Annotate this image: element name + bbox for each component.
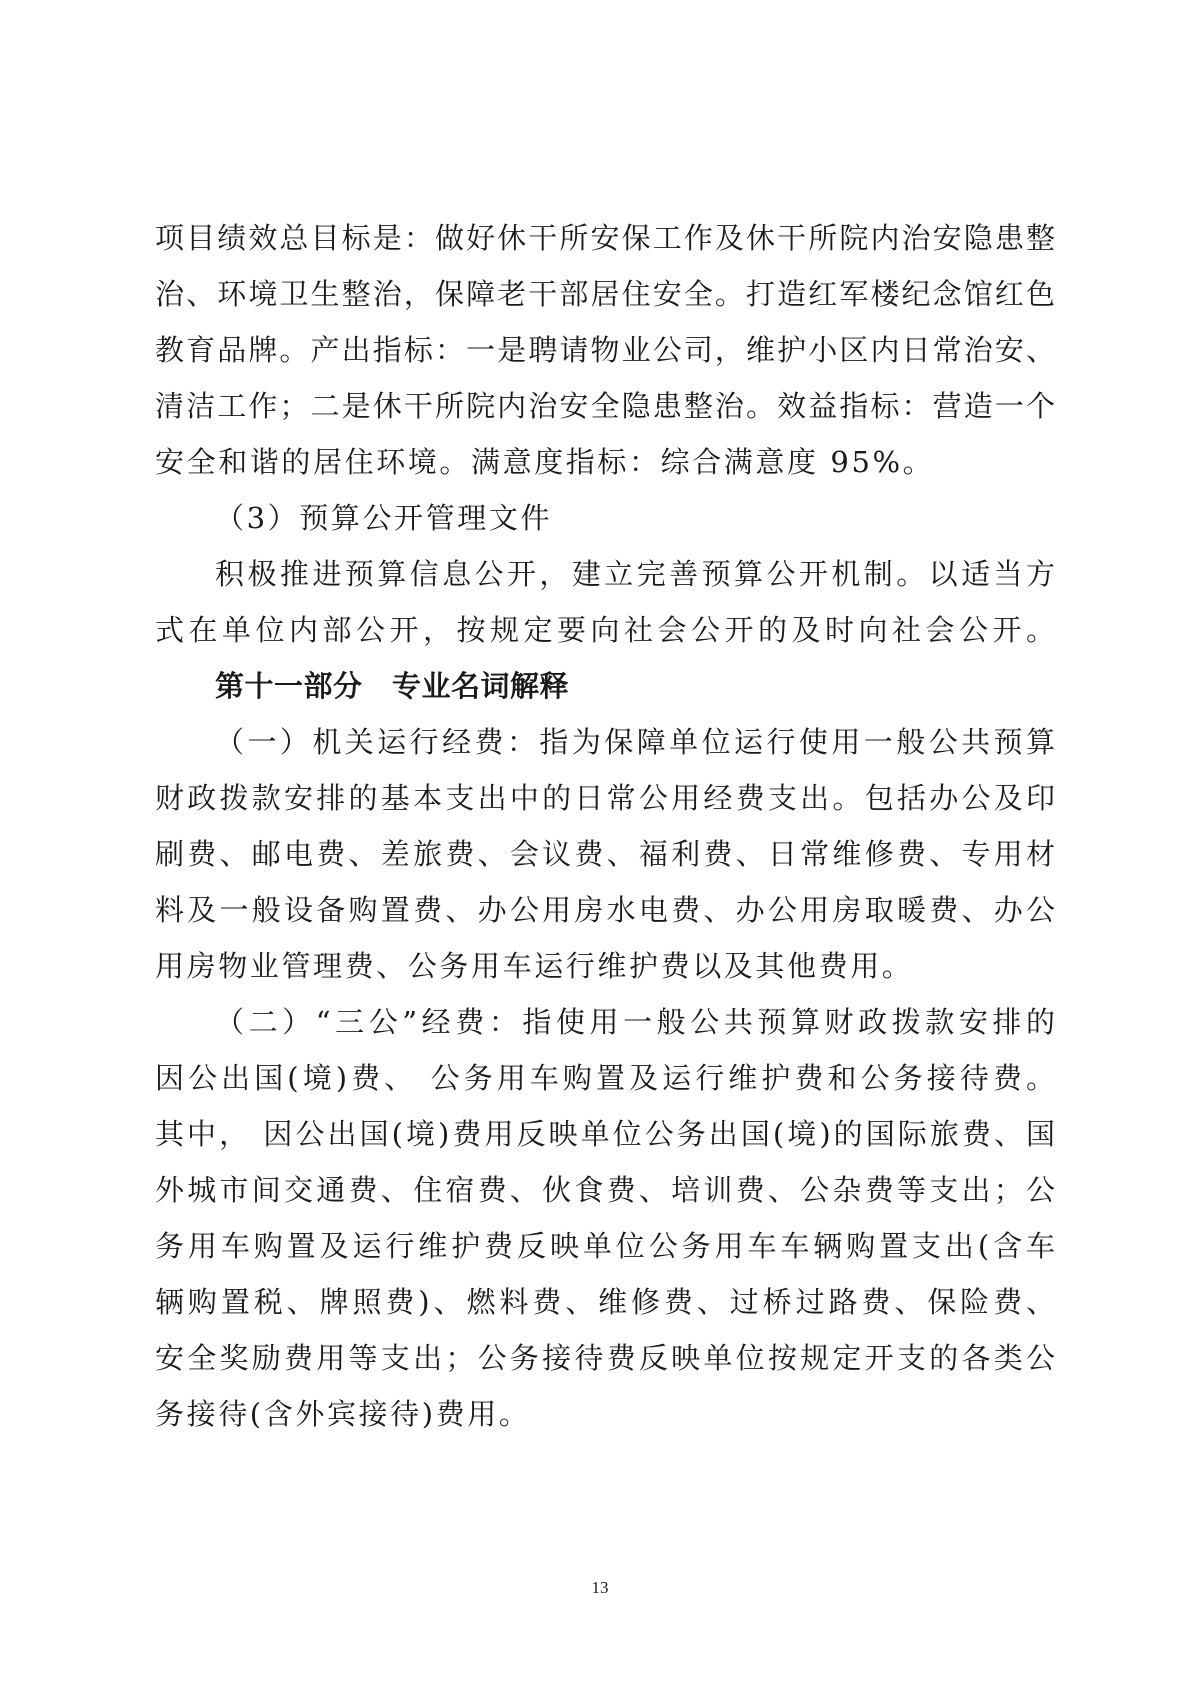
paragraph-line: 教育品牌。产出指标：一是聘请物业公司，维护小区内日常治安、 — [155, 330, 1055, 370]
paragraph-line: 治、环境卫生整治，保障老干部居住安全。打造红军楼纪念馆红色 — [155, 274, 1055, 314]
section-heading: 第十一部分 专业名词解释 — [215, 666, 1055, 706]
paragraph-line: （一）机关运行经费：指为保障单位运行使用一般公共预算 — [215, 722, 1055, 762]
paragraph-line: 务用车购置及运行维护费反映单位公务用车车辆购置支出(含车 — [155, 1226, 1055, 1266]
paragraph-line: 项目绩效总目标是：做好休干所安保工作及休干所院内治安隐患整 — [155, 218, 1055, 258]
paragraph-line: 因公出国(境)费、 公务用车购置及运行维护费和公务接待费。 — [155, 1058, 1055, 1098]
paragraph-line: 用房物业管理费、公务用车运行维护费以及其他费用。 — [155, 946, 1055, 986]
paragraph-line: 刷费、邮电费、差旅费、会议费、福利费、日常维修费、专用材 — [155, 834, 1055, 874]
paragraph-line: 财政拨款安排的基本支出中的日常公用经费支出。包括办公及印 — [155, 778, 1055, 818]
paragraph-line: 安全和谐的居住环境。满意度指标：综合满意度 95%。 — [155, 442, 1055, 482]
paragraph-line: 清洁工作；二是休干所院内治安全隐患整治。效益指标：营造一个 — [155, 386, 1055, 426]
subheading-budget-disclosure: （3）预算公开管理文件 — [215, 498, 1055, 538]
paragraph-line: 其中， 因公出国(境)费用反映单位公务出国(境)的国际旅费、国 — [155, 1114, 1055, 1154]
paragraph-line: 辆购置税、牌照费)、燃料费、维修费、过桥过路费、保险费、 — [155, 1282, 1055, 1322]
paragraph-line: 外城市间交通费、住宿费、伙食费、培训费、公杂费等支出；公 — [155, 1170, 1055, 1210]
paragraph-line: 安全奖励费用等支出；公务接待费反映单位按规定开支的各类公 — [155, 1338, 1055, 1378]
document-page: 项目绩效总目标是：做好休干所安保工作及休干所院内治安隐患整 治、环境卫生整治，保… — [0, 0, 1200, 1697]
paragraph-line: 务接待(含外宾接待)费用。 — [155, 1394, 1055, 1434]
page-number: 13 — [0, 1578, 1200, 1598]
paragraph-line: 式在单位内部公开，按规定要向社会公开的及时向社会公开。 — [155, 610, 1055, 650]
paragraph-line: 积极推进预算信息公开，建立完善预算公开机制。以适当方 — [215, 554, 1055, 594]
paragraph-line: 料及一般设备购置费、办公用房水电费、办公用房取暖费、办公 — [155, 890, 1055, 930]
paragraph-line: （二）“三公”经费：指使用一般公共预算财政拨款安排的 — [215, 1002, 1055, 1042]
